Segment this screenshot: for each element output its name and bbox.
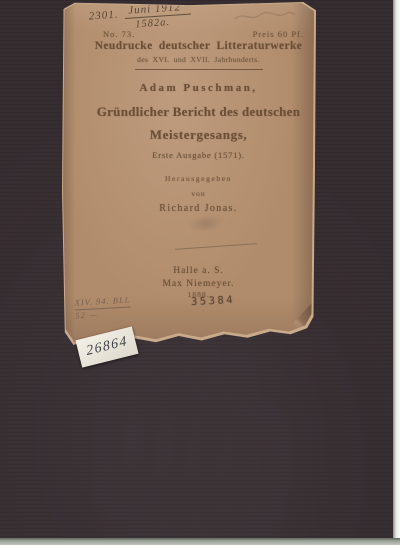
issue-number: No. 73.: [103, 29, 135, 39]
imprint-publisher: Max Niemeyer.: [77, 279, 320, 289]
cover-header-row: No. 73. Preis 60 Pf.: [103, 29, 304, 39]
series-title: Neudrucke deutscher Litteraturwerke: [77, 40, 320, 52]
scan-edge-bottom: [0, 538, 400, 545]
accession-prefix: 2301.: [88, 6, 119, 23]
divider-rule: [135, 69, 263, 70]
editor-name: Richard Jonas.: [77, 203, 320, 214]
editor-intro: Herausgegeben: [77, 174, 320, 183]
scan-edge-right: [393, 0, 400, 545]
editor-von: von: [77, 189, 320, 198]
book-cover-photo: 2301. Juni 1912 1582a. No. 73. Preis 60 …: [0, 0, 400, 545]
pencil-shelfmark-line2: 52 —: [75, 308, 131, 322]
accession-fraction: Juni 1912 1582a.: [124, 0, 192, 31]
torn-paper-edge: 2301. Juni 1912 1582a. No. 73. Preis 60 …: [62, 2, 316, 346]
title-line-1: Gründlicher Bericht des deutschen: [77, 104, 320, 120]
stamped-inventory-number: 35384: [191, 294, 236, 308]
series-subtitle: des XVI. und XVII. Jahrhunderts.: [77, 55, 320, 64]
pencil-shelfmark: XIV. 94. BLL 52 —: [74, 295, 131, 322]
ink-squiggle: [233, 8, 297, 24]
book-cover: 2301. Juni 1912 1582a. No. 73. Preis 60 …: [63, 3, 314, 343]
edition-note: Erste Ausgabe (1571).: [77, 150, 320, 160]
price: Preis 60 Pf.: [253, 29, 304, 39]
title-line-2: Meistergesangs,: [77, 127, 320, 143]
shelf-label-number: 26864: [85, 334, 128, 360]
faint-stamp-smudge: [187, 213, 225, 235]
author-name: Adam Puschman,: [77, 82, 320, 94]
imprint-place: Halle a. S.: [77, 266, 320, 276]
paper-crease-line: [175, 243, 257, 250]
